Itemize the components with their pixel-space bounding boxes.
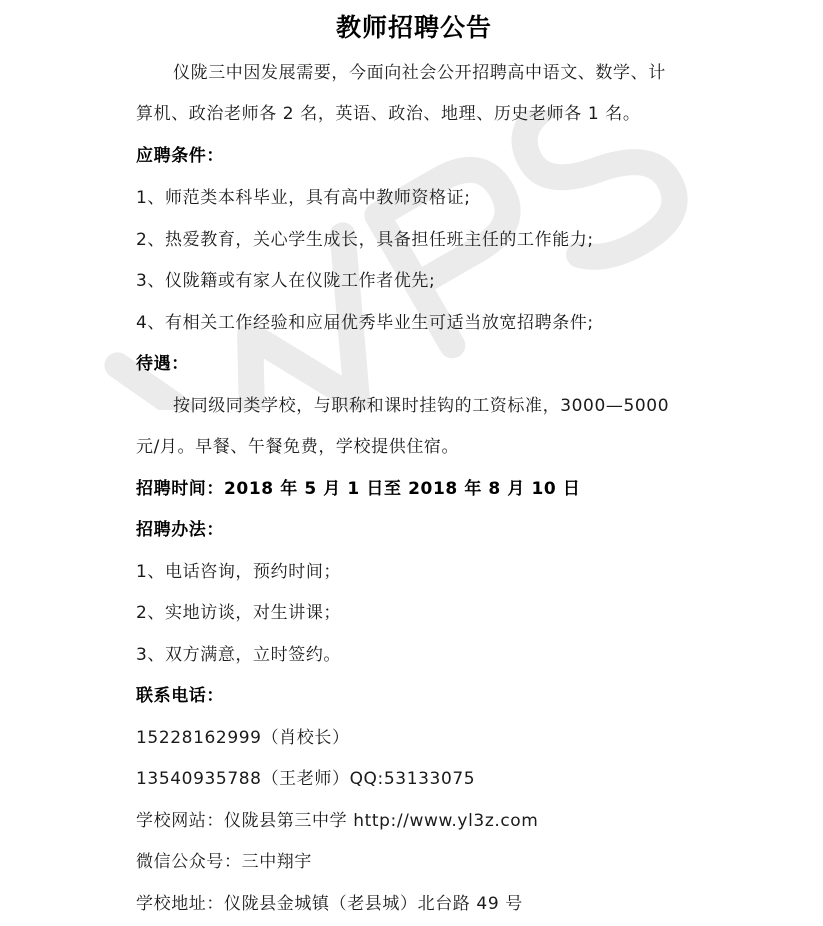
school-website: 学校网站：仪陇县第三中学 http://www.yl3z.com: [136, 810, 538, 832]
benefits-line-1: 按同级同类学校，与职称和课时挂钩的工资标准，3000—5000: [173, 395, 669, 417]
contact-phone-2: 13540935788（王老师）QQ:53133075: [136, 768, 475, 790]
requirements-heading: 应聘条件：: [136, 145, 224, 167]
requirement-item: 4、有相关工作经验和应届优秀毕业生可适当放宽招聘条件;: [136, 312, 594, 334]
method-item: 2、实地访谈，对生讲课；: [136, 602, 341, 624]
contact-phone-1: 15228162999（肖校长）: [136, 727, 350, 749]
school-address: 学校地址：仪陇县金城镇（老县城）北台路 49 号: [136, 893, 523, 915]
recruitment-period: 招聘时间：2018 年 5 月 1 日至 2018 年 8 月 10 日: [136, 478, 580, 500]
requirement-item: 3、仪陇籍或有家人在仪陇工作者优先;: [136, 270, 435, 292]
method-item: 3、双方满意，立时签约。: [136, 644, 341, 666]
intro-line-2: 算机、政治老师各 2 名，英语、政治、地理、历史老师各 1 名。: [136, 103, 640, 125]
requirement-item: 2、热爱教育，关心学生成长，具备担任班主任的工作能力;: [136, 229, 594, 251]
methods-heading: 招聘办法：: [136, 519, 224, 541]
contact-heading: 联系电话：: [136, 685, 224, 707]
method-item: 1、电话咨询，预约时间；: [136, 561, 341, 583]
page-title: 教师招聘公告: [136, 8, 692, 44]
requirement-item: 1、师范类本科毕业，具有高中教师资格证;: [136, 187, 471, 209]
wechat-account: 微信公众号：三中翔宇: [136, 851, 312, 873]
intro-line-1: 仪陇三中因发展需要，今面向社会公开招聘高中语文、数学、计: [173, 62, 666, 84]
benefits-heading: 待遇：: [136, 353, 189, 375]
benefits-line-2: 元/月。早餐、午餐免费，学校提供住宿。: [136, 436, 459, 458]
